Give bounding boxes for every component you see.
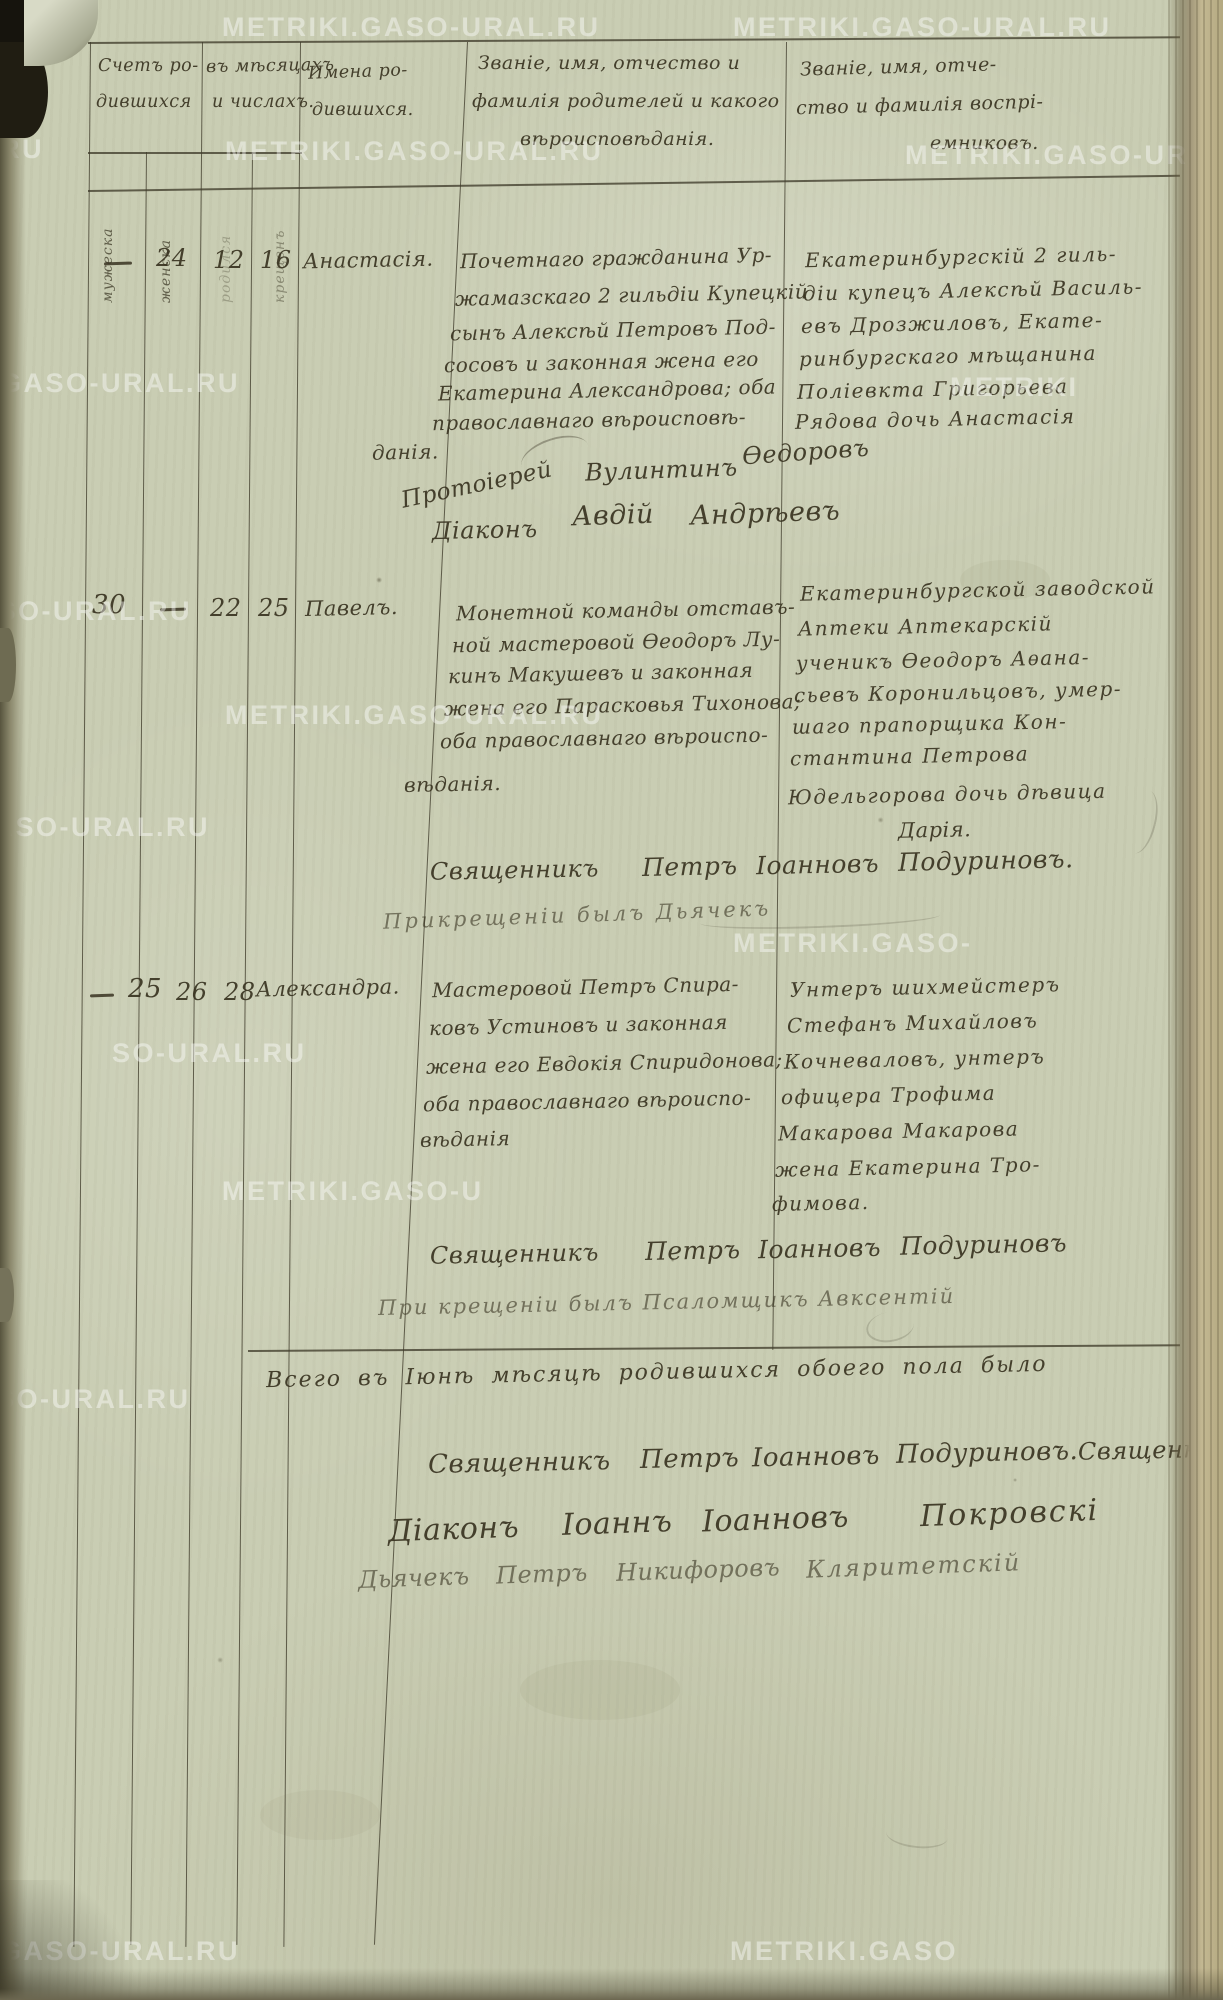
edge-nick [0, 628, 16, 702]
header-date-title: и числахъ. [212, 92, 314, 112]
godparents-line: Макарова Макарова [778, 1116, 1020, 1145]
signature-word: Дьячекъ [358, 1562, 470, 1594]
male-count [104, 262, 132, 266]
clergy-word: Священникъ [430, 1238, 599, 1270]
clergy-word: Вулинтинъ [585, 453, 739, 486]
clergy-word: Андрѣевъ [690, 495, 841, 531]
birth-day: 26 [176, 978, 208, 1006]
page-corner-curl [24, 0, 98, 66]
godparents-line: сьевъ Коронильцовъ, умер- [794, 677, 1122, 708]
godparents-line: діи купецъ Алексѣй Василь- [803, 274, 1143, 305]
header-names-title: дившихся. [312, 100, 414, 120]
clergy-word: Подуриновъ [900, 1228, 1068, 1260]
godparents-line: стантина Петрова [790, 741, 1030, 770]
parents-line: Монетной команды отставъ- [456, 594, 796, 625]
signature-word: Петръ [640, 1443, 740, 1475]
clergy-word: Священникъ [430, 854, 599, 886]
header-parents-title: Званіе, имя, отчество и [478, 52, 740, 74]
godparents-line: Дарія. [898, 817, 972, 843]
watermark-text: SO-URAL.RU [112, 1038, 307, 1069]
watermark-text: SO-URAL.RU [0, 1384, 191, 1415]
birth-day: 12 [213, 246, 245, 274]
table-line [248, 1344, 1180, 1351]
bleed-spot [260, 1790, 380, 1840]
header-count-title: Счетъ ро- [98, 56, 199, 76]
godparents-line: ринбургскаго мѣщанина [799, 341, 1097, 371]
clergy-word: Діаконъ [432, 515, 538, 545]
edge-nick [0, 1268, 14, 1322]
watermark-text: METRIKI.GASO-URAL.RU [225, 136, 603, 167]
godparents-line: офицера Трофима [781, 1081, 997, 1110]
clergy-word: Ѳедоровъ [741, 434, 870, 471]
clergy-note: При крещеніи былъ Псаломщикъ Авксентій [378, 1284, 956, 1320]
parents-line: Мастеровой Петръ Спира- [432, 972, 739, 1002]
signature-word: Никифоровъ [616, 1553, 781, 1587]
parents-line: Екатерина Александрова; оба [438, 374, 777, 405]
female-count: 25 [128, 974, 162, 1004]
clergy-word: Подуриновъ. [898, 844, 1074, 877]
godparents-line: Аптеки Аптекарскій [798, 611, 1053, 640]
watermark-text: GASO-URAL.RU [0, 368, 240, 399]
signature-word: Покровскі [919, 1493, 1099, 1534]
header-names-title: Имена ро- [308, 60, 408, 83]
clergy-note: Прикрещеніи былъ Дьячекъ [383, 896, 772, 934]
ink-smudge [1121, 788, 1164, 857]
godparents-line: жена Екатерина Тро- [775, 1152, 1041, 1182]
godparents-line: ученикъ Ѳеодоръ Аѳана- [796, 645, 1090, 675]
parents-line: православнаго вѣроисповѣ- [432, 405, 747, 436]
watermark-text: METRIKI.GASO-URAL.RU [733, 12, 1111, 43]
birth-day: 22 [210, 594, 242, 622]
watermark-text: METRIKI.GASO-U [222, 1176, 484, 1207]
child-name: Анастасія. [303, 247, 434, 274]
godparents-line: евъ Дрозжиловъ, Екате- [801, 308, 1104, 338]
parents-line: кинъ Макушевъ и законная [448, 658, 754, 688]
ink-smudge [885, 1819, 949, 1851]
parents-line: сосовъ и законная жена его [444, 347, 759, 378]
baptism-day: 28 [224, 978, 256, 1006]
parents-line: вѣданія. [404, 771, 502, 797]
header-godparents-title: Званіе, имя, отче- [800, 53, 997, 80]
watermark-text: METRIKI.GASO-URAL.RU [222, 12, 600, 43]
watermark-text: METRIKI.GASO [730, 1936, 958, 1967]
signature-word: Священникъ [428, 1446, 611, 1480]
clergy-word: Авдій [571, 499, 654, 533]
watermark-text: GASO-URAL.RU [0, 812, 210, 843]
document-page: Счетъ ро- дившихся въ мѣсяцахъ и числахъ… [0, 0, 1223, 2000]
header-parents-title: фамилія родителей и какого [472, 90, 780, 112]
baptism-day: 16 [260, 246, 292, 274]
signature-word: Іоанновъ [752, 1441, 880, 1474]
watermark-text: METRIKI.GASO-URAL.RU [225, 700, 603, 731]
rotated-column-label-male: мужеска [100, 158, 116, 303]
godparents-line: шаго прапорщика Кон- [792, 709, 1068, 739]
parents-line: Почетнаго гражданина Ур- [460, 243, 772, 274]
parents-line: вѣданія [420, 1126, 511, 1152]
table-line [73, 42, 91, 1947]
godparents-line: фимова. [772, 1190, 870, 1216]
godparents-line: Унтеръ шихмейстеръ [790, 972, 1061, 1002]
male-count [90, 994, 114, 998]
parents-line: ковъ Устиновъ и законная [429, 1010, 728, 1040]
parents-line: жамазскаго 2 гильдіи Купецкій [455, 279, 809, 310]
signature-word: Іоанновъ [701, 1499, 849, 1539]
watermark-text: METRIKI [950, 372, 1079, 403]
ink-smudge [864, 1308, 916, 1346]
parents-line: данія. [372, 439, 439, 464]
godparents-line: Екатеринбургскій 2 гиль- [805, 242, 1118, 273]
header-count-title: дившихся [96, 92, 192, 112]
godparents-line: Екатеринбургской заводской [800, 574, 1156, 605]
signature-word: Кляритетскій [806, 1548, 1022, 1583]
godparents-line: Стефанъ Михайловъ [787, 1008, 1039, 1037]
rotated-column-label-born: родился [218, 168, 234, 303]
rotated-column-label-baptized: крещенъ [272, 168, 288, 303]
godparents-line: Юдельгорова дочь дѣвица [788, 779, 1107, 810]
baptism-day: 25 [258, 594, 290, 622]
bleed-spot [520, 1660, 680, 1720]
signature-word: Подуриновъ. [896, 1436, 1079, 1470]
parents-line: оба православнаго вѣроиспо- [423, 1086, 752, 1117]
signature-word: Іоаннъ [561, 1504, 672, 1543]
clergy-word: Петръ [642, 851, 738, 882]
summary-line: Всего въ Іюнѣ мѣсяцѣ родившихся обоего п… [266, 1352, 1048, 1393]
bottom-edge-shadow [0, 1968, 1223, 2000]
page-binding-edge [1168, 0, 1223, 2000]
godparents-line: Кочневаловъ, унтеръ [784, 1044, 1046, 1073]
child-name: Павелъ. [305, 595, 399, 621]
clergy-word: Іоанновъ [758, 1233, 882, 1265]
parents-line: сынъ Алексѣй Петровъ Под- [450, 315, 776, 346]
parents-line: жена его Евдокія Спиридонова; [426, 1047, 783, 1078]
torn-left-edge [0, 0, 26, 2000]
godparents-line: Рядова дочь Анастасія [795, 404, 1076, 434]
watermark-text: GASO-URAL.RU [0, 596, 192, 627]
child-name: Александра. [256, 974, 400, 1001]
parents-line: ной мастеровой Ѳеодоръ Лу- [452, 627, 781, 658]
clergy-word: Петръ [645, 1235, 741, 1266]
signature-word: Діаконъ [387, 1510, 519, 1550]
clergy-word: Іоанновъ [756, 849, 880, 881]
watermark-text: METRIKI.GASO- [733, 928, 973, 959]
signature-word: Петръ [496, 1558, 589, 1589]
female-count: 24 [156, 244, 188, 272]
header-godparents-title: ство и фамилія воспрі- [796, 91, 1044, 119]
rotated-column-label-female: женска [158, 158, 174, 303]
